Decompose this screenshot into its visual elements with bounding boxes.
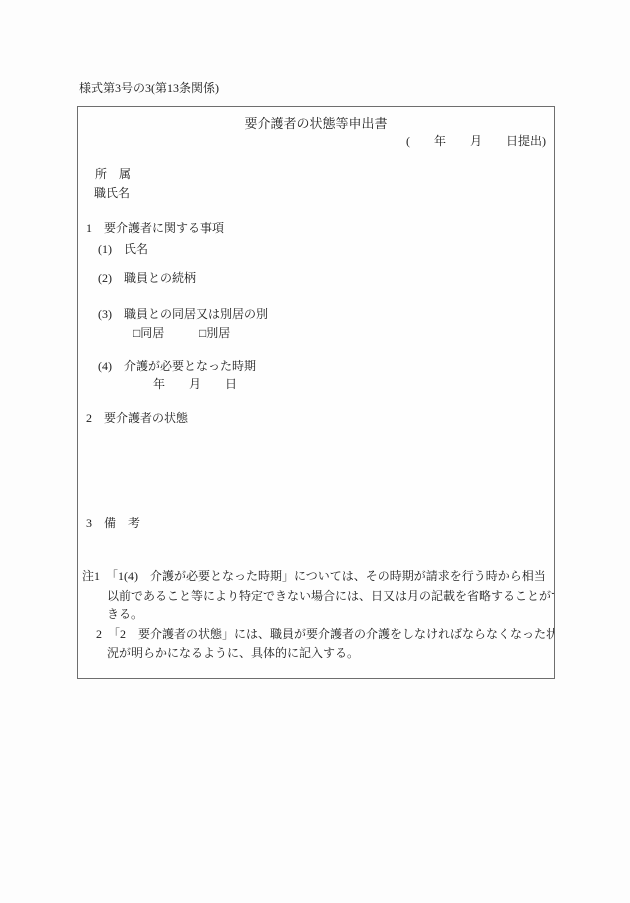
affiliation-label: 所 属	[95, 167, 131, 182]
section1-item-name: (1) 氏名	[98, 242, 148, 257]
document-page: 様式第3号の3(第13条関係) 要介護者の状態等申出書 ( 年 月 日提出) 所…	[0, 0, 630, 903]
position-name-label: 職氏名	[94, 186, 130, 201]
section1-heading: 1 要介護者に関する事項	[86, 221, 224, 236]
checkbox-option-living-apart[interactable]: □別居	[199, 326, 230, 341]
form-number: 様式第3号の3(第13条関係)	[79, 81, 219, 96]
note2-line2: 況が明らかになるように、具体的に記入する。	[107, 646, 359, 661]
note2-line1: 2 「2 要介護者の状態」には、職員が要介護者の介護をしなければならなくなった状	[96, 627, 555, 642]
section1-item-relation: (2) 職員との続柄	[98, 271, 196, 286]
form-border-box: 要介護者の状態等申出書 ( 年 月 日提出) 所 属 職氏名 1 要介護者に関す…	[77, 106, 555, 679]
checkbox-option-label: 同居	[140, 326, 164, 340]
section1-item-living-arrangement: (3) 職員との同居又は別居の別	[98, 307, 268, 322]
section1-item-period: (4) 介護が必要となった時期	[98, 359, 256, 374]
note1-line3: きる。	[107, 607, 143, 622]
note1-line2: 以前であること等により特定できない場合には、日又は月の記載を省略することがで	[107, 589, 555, 604]
period-year-month-day-fields: 年 月 日	[153, 377, 237, 392]
section2-heading: 2 要介護者の状態	[86, 411, 188, 426]
section3-heading: 3 備 考	[86, 516, 140, 531]
submission-date-line: ( 年 月 日提出)	[406, 134, 546, 149]
form-title: 要介護者の状態等申出書	[78, 116, 554, 131]
checkbox-option-label: 別居	[206, 326, 230, 340]
checkbox-option-living-together[interactable]: □同居	[133, 326, 164, 341]
note1-line1: 注1 「1(4) 介護が必要となった時期」については、その時期が請求を行う時から…	[82, 569, 546, 584]
